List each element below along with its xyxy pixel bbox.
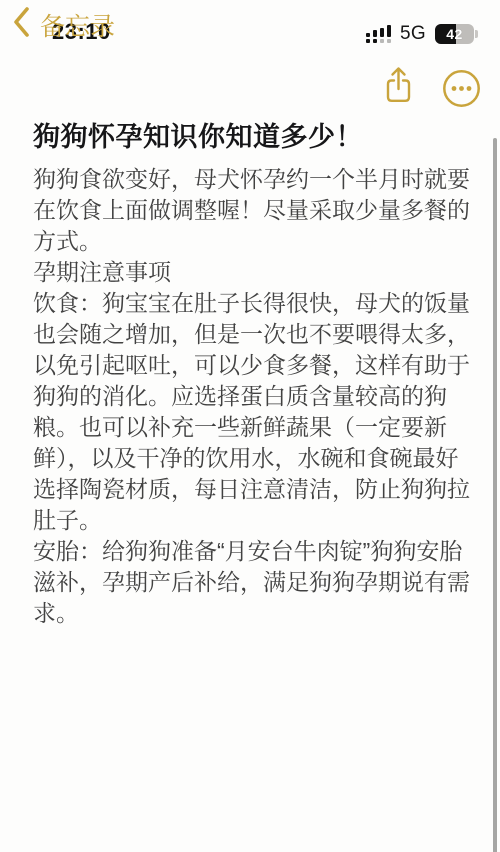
note-paragraph: 饮食：狗宝宝在肚子长得很快，母犬的饭量也会随之增加，但是一次也不要喂得太多，以免… (33, 288, 474, 536)
battery-icon: 42 (435, 24, 474, 44)
share-button[interactable] (384, 65, 413, 108)
cellular-signal-icon (366, 25, 392, 43)
battery-nub (475, 30, 478, 38)
share-icon (384, 65, 413, 108)
more-options-button[interactable] (442, 69, 481, 111)
network-type-label: 5G (400, 23, 426, 45)
note-paragraph: 狗狗食欲变好，母犬怀孕约一个半月时就要在饮食上面做调整喔！尽量采取少量多餐的方式… (33, 164, 474, 257)
back-button[interactable]: 备忘录 (12, 6, 115, 43)
scrollbar-thumb[interactable] (493, 138, 497, 852)
nav-actions (384, 65, 481, 111)
ellipsis-circle-icon (442, 69, 481, 111)
note-paragraph: 孕期注意事项 (33, 257, 474, 288)
status-right-cluster: 5G 42 (366, 23, 474, 45)
note-title: 狗狗怀孕知识你知道多少！ (33, 119, 474, 156)
back-button-label: 备忘录 (40, 7, 115, 43)
chevron-left-icon (12, 6, 31, 43)
note-paragraph: 安胎：给狗狗准备“月安台牛肉锭”狗狗安胎滋补，孕期产后补给，满足狗狗孕期说有需求… (33, 536, 474, 629)
nav-bar: 备忘录 (0, 62, 500, 112)
battery-percent-label: 42 (435, 24, 474, 44)
note-editor[interactable]: 狗狗怀孕知识你知道多少！ 狗狗食欲变好，母犬怀孕约一个半月时就要在饮食上面做调整… (33, 119, 474, 629)
